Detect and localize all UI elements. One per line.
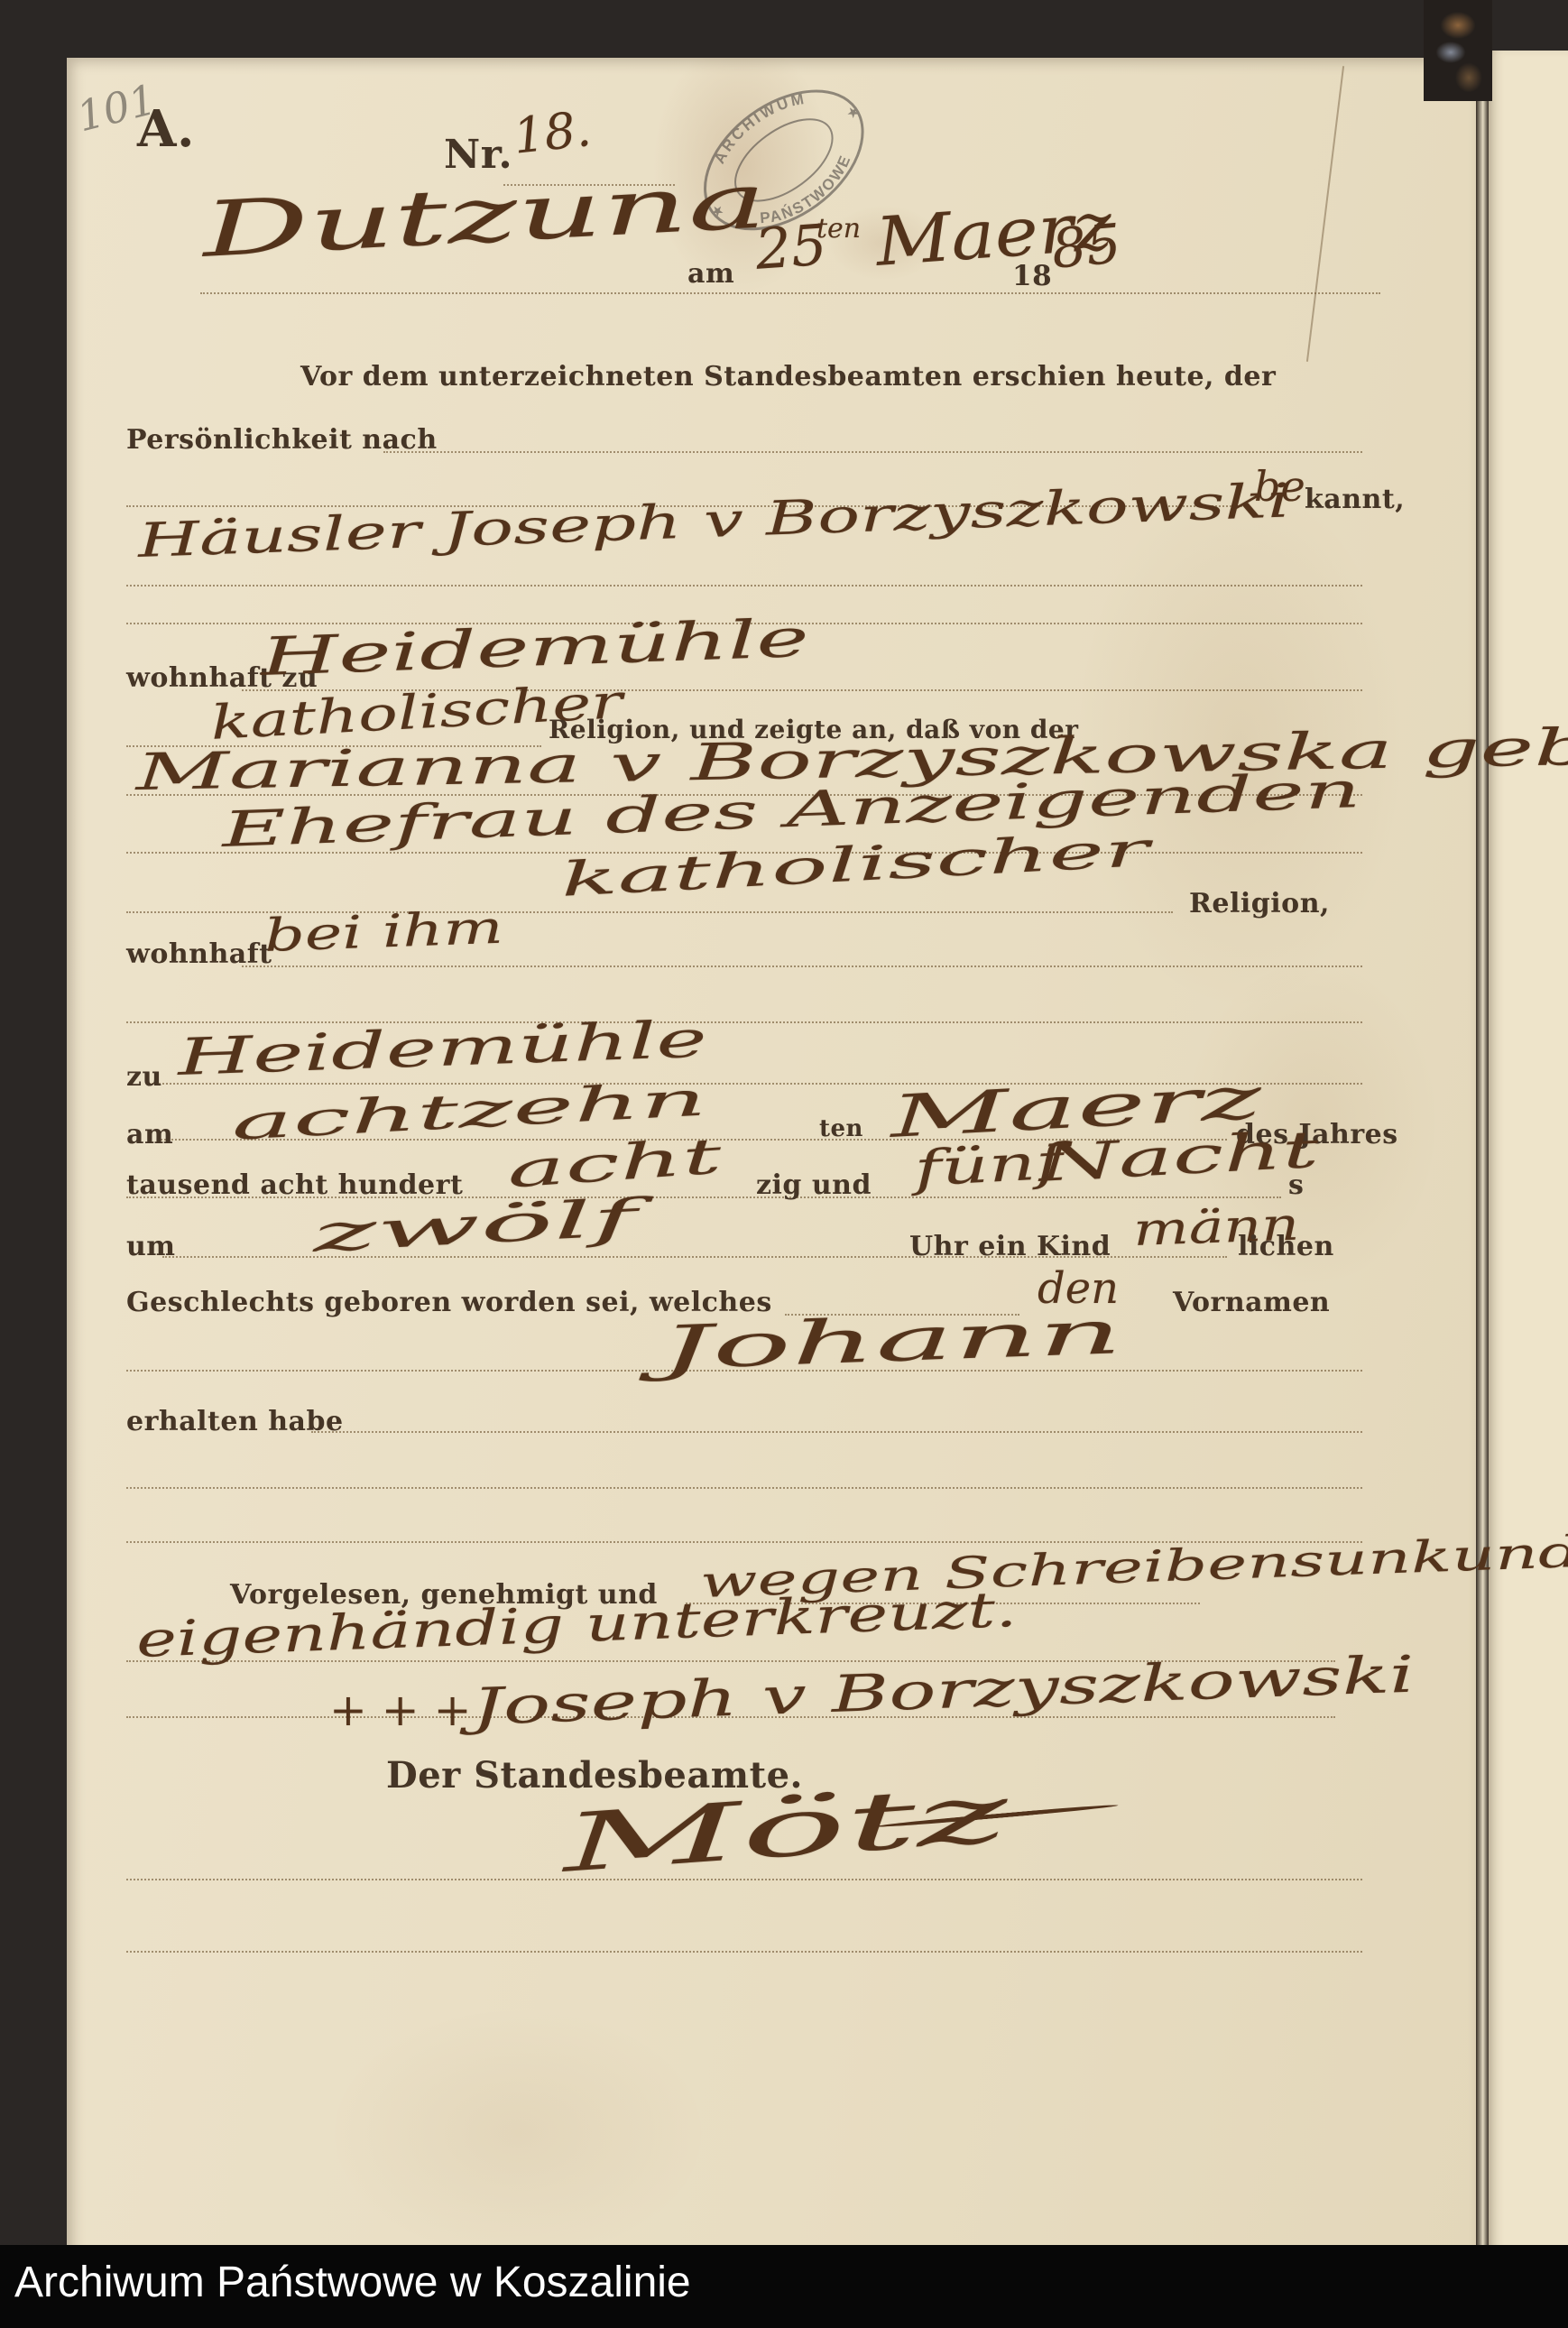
am2-label: am xyxy=(126,1119,173,1150)
signature-crosses: + + + xyxy=(329,1684,471,1736)
tausend-label: tausend acht hundert xyxy=(126,1169,463,1201)
binding-material xyxy=(1424,0,1492,101)
um-label: um xyxy=(126,1231,176,1262)
s-suffix: s xyxy=(1288,1169,1304,1201)
dotted-line xyxy=(126,1021,1362,1023)
dotted-line xyxy=(383,451,1362,453)
zig-und-label: zig und xyxy=(756,1169,872,1201)
intro-line: Vor dem unterzeichneten Standesbeamten e… xyxy=(300,361,1276,393)
wohnhaft-label: wohnhaft xyxy=(126,938,272,970)
religion-printed-2: Religion, xyxy=(1189,888,1330,919)
bei-ihm-handwritten: bei ihm xyxy=(263,901,504,962)
kannt-printed: kannt, xyxy=(1305,484,1405,515)
uhr-ein-kind-label: Uhr ein Kind xyxy=(909,1231,1111,1262)
archive-name: Archiwum Państwowe w Koszalinie xyxy=(14,2258,691,2307)
dotted-line xyxy=(126,1487,1362,1489)
dotted-line xyxy=(200,292,1380,294)
vornamen-label: Vornamen xyxy=(1173,1287,1330,1318)
dotted-line xyxy=(242,965,1362,967)
zu-label: zu xyxy=(126,1061,162,1093)
dotted-line xyxy=(311,1431,1362,1433)
am-label: am xyxy=(687,258,734,290)
page-fold-crease xyxy=(1476,51,1489,2328)
dotted-line xyxy=(126,585,1362,587)
next-page-edge xyxy=(1489,51,1568,2328)
erhalten-habe-label: erhalten habe xyxy=(126,1406,344,1437)
scanned-register-page: A. 101 Nr. 18. ARCHIWUM PAŃSTWOWE ★ ★ Du… xyxy=(0,0,1568,2328)
lichen-label: lichen xyxy=(1238,1231,1334,1262)
dotted-line xyxy=(126,1951,1362,1953)
record-number-value: 18. xyxy=(511,100,594,165)
year-printed: 18 xyxy=(1012,260,1052,292)
dotted-line xyxy=(126,1879,1362,1880)
year-written: 85 xyxy=(1049,212,1123,281)
persoenlichkeit-label: Persönlichkeit nach xyxy=(126,424,438,456)
registry-day-suffix: ten xyxy=(816,213,861,245)
archive-footer-bar: Archiwum Państwowe w Koszalinie xyxy=(0,2245,1568,2328)
ten-label: ten xyxy=(819,1115,863,1142)
